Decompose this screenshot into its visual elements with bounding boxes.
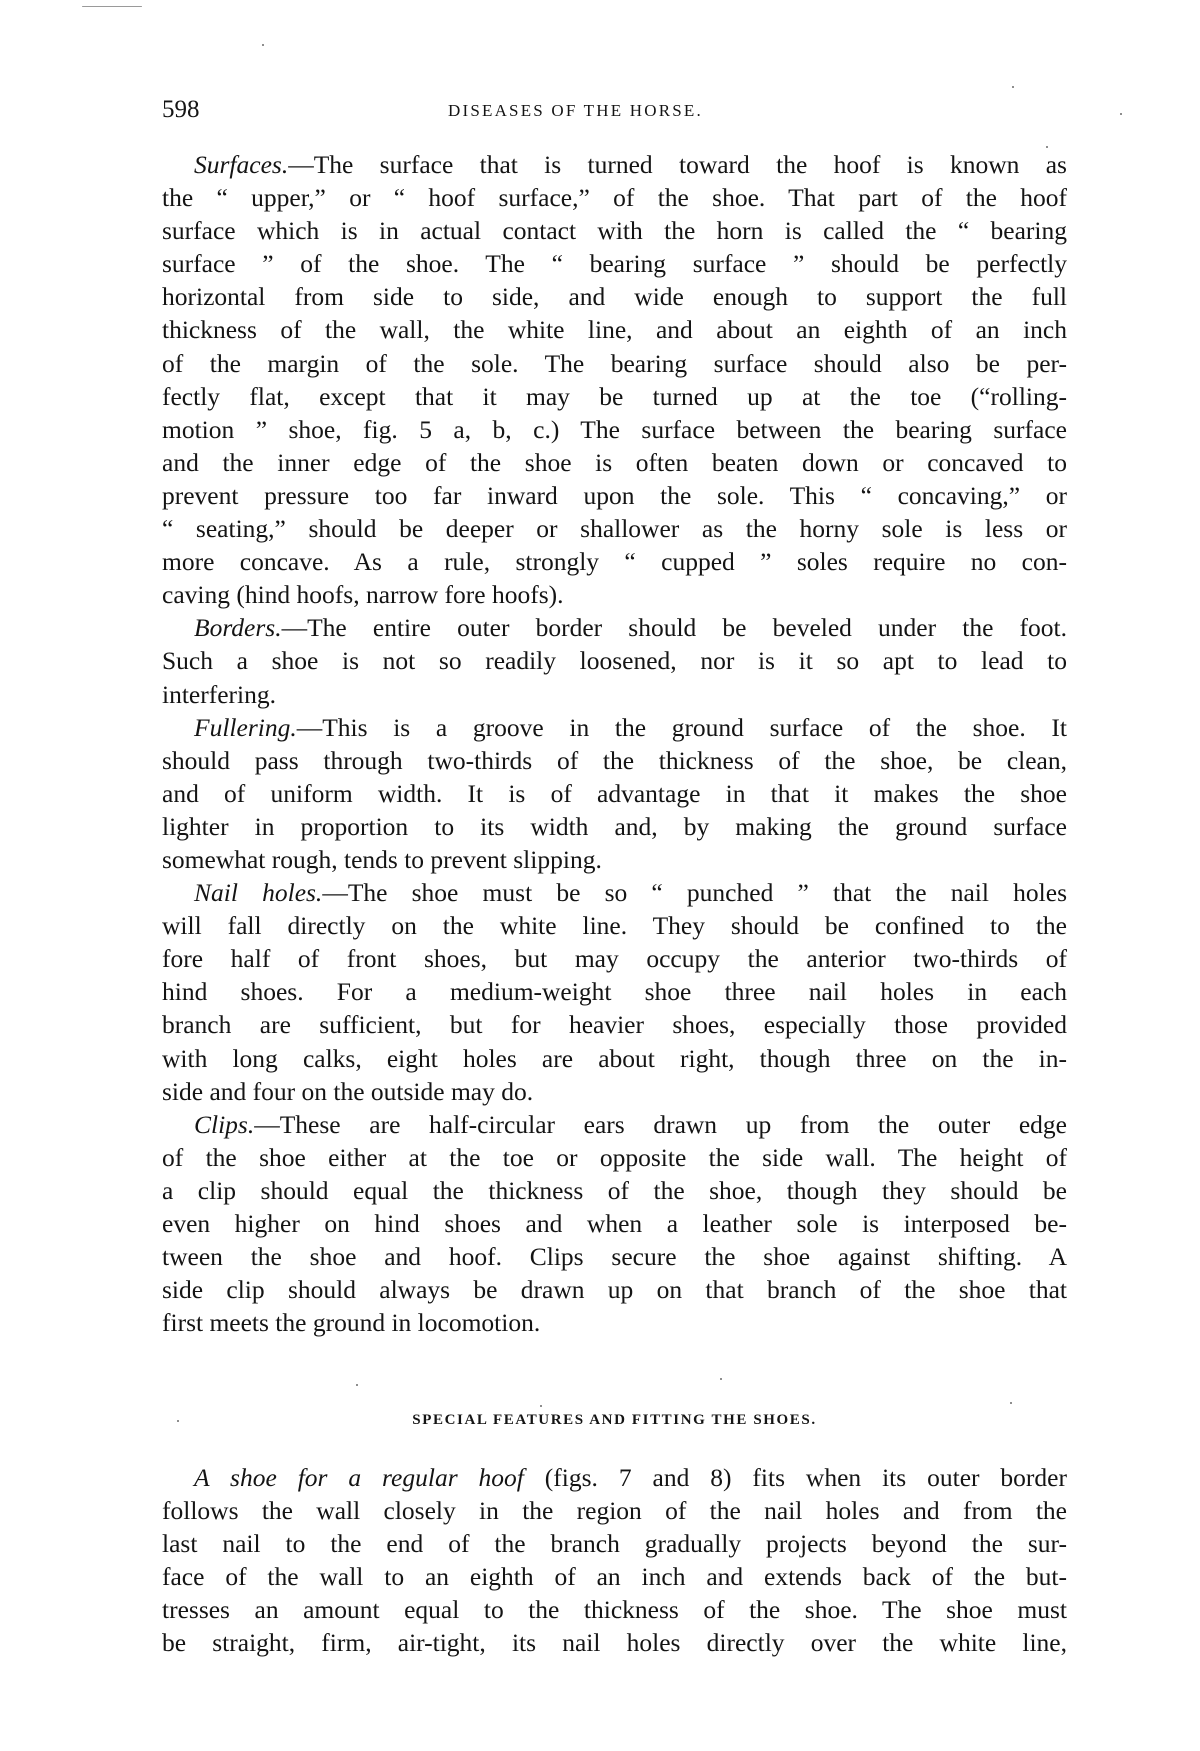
scan-speck — [356, 1384, 358, 1386]
scan-speck — [1012, 86, 1014, 88]
text-line: face of the wall to an eighth of an inch… — [162, 1560, 1067, 1593]
text-line: more concave. As a rule, strongly “ cupp… — [162, 545, 1067, 578]
section-heading: SPECIAL FEATURES AND FITTING THE SHOES. — [162, 1408, 1067, 1432]
scan-speck — [720, 1378, 722, 1380]
text-line: branch are sufficient, but for heavier s… — [162, 1008, 1067, 1041]
text-line: surface which is in actual contact with … — [162, 214, 1067, 247]
paragraph-lead: Clips. — [194, 1110, 254, 1139]
text-line: Nail holes.—The shoe must be so “ punche… — [162, 876, 1067, 909]
text-line: hind shoes. For a medium-weight shoe thr… — [162, 975, 1067, 1008]
text-line: and the inner edge of the shoe is often … — [162, 446, 1067, 479]
text-line: A shoe for a regular hoof (figs. 7 and 8… — [162, 1461, 1067, 1494]
text-line: Borders.—The entire outer border should … — [162, 611, 1067, 644]
text-line: of the margin of the sole. The bearing s… — [162, 347, 1067, 380]
text-line: first meets the ground in locomotion. — [162, 1306, 1067, 1339]
text-line: be straight, firm, air-tight, its nail h… — [162, 1626, 1067, 1659]
section-body-text: A shoe for a regular hoof (figs. 7 and 8… — [162, 1461, 1067, 1660]
text-line: fore half of front shoes, but may occupy… — [162, 942, 1067, 975]
text-line: follows the wall closely in the region o… — [162, 1494, 1067, 1527]
paragraph-lead: Fullering. — [194, 713, 297, 742]
running-head: 598 DISEASES OF THE HORSE. — [162, 96, 1067, 124]
text-line: with long calks, eight holes are about r… — [162, 1042, 1067, 1075]
paragraph-lead: A shoe for a regular hoof — [194, 1463, 524, 1492]
text-line: thickness of the wall, the white line, a… — [162, 313, 1067, 346]
paragraph-surfaces: Surfaces.—The surface that is turned tow… — [162, 148, 1067, 611]
text-line: fectly flat, except that it may be turne… — [162, 380, 1067, 413]
text-line: motion ” shoe, fig. 5 a, b, c.) The surf… — [162, 413, 1067, 446]
scan-speck — [1046, 146, 1048, 148]
paragraph-lead: Borders. — [194, 613, 282, 642]
paragraph-regular-hoof: A shoe for a regular hoof (figs. 7 and 8… — [162, 1461, 1067, 1660]
book-page: 598 DISEASES OF THE HORSE. Surfaces.—The… — [0, 0, 1200, 1751]
text-line: Surfaces.—The surface that is turned tow… — [162, 148, 1067, 181]
text-line: surface ” of the shoe. The “ bearing sur… — [162, 247, 1067, 280]
scan-speck — [1010, 1402, 1012, 1404]
text-line: even higher on hind shoes and when a lea… — [162, 1207, 1067, 1240]
scan-speck — [262, 44, 264, 46]
text-line: side and four on the outside may do. — [162, 1075, 1067, 1108]
text-line: lighter in proportion to its width and, … — [162, 810, 1067, 843]
scan-speck — [177, 1420, 179, 1422]
text-line: of the shoe either at the toe or opposit… — [162, 1141, 1067, 1174]
scan-speck — [1120, 113, 1122, 115]
paragraph-lead: Nail holes. — [194, 878, 322, 907]
text-line: somewhat rough, tends to prevent slippin… — [162, 843, 1067, 876]
paragraph-clips: Clips.—These are half-circular ears draw… — [162, 1108, 1067, 1340]
text-line: tween the shoe and hoof. Clips secure th… — [162, 1240, 1067, 1273]
text-line: interfering. — [162, 678, 1067, 711]
paragraph-borders: Borders.—The entire outer border should … — [162, 611, 1067, 710]
text-line: “ seating,” should be deeper or shallowe… — [162, 512, 1067, 545]
text-line: side clip should always be drawn up on t… — [162, 1273, 1067, 1306]
text-line: last nail to the end of the branch gradu… — [162, 1527, 1067, 1560]
text-line: a clip should equal the thickness of the… — [162, 1174, 1067, 1207]
scan-speck — [540, 1405, 542, 1407]
text-line: the “ upper,” or “ hoof surface,” of the… — [162, 181, 1067, 214]
text-line: Clips.—These are half-circular ears draw… — [162, 1108, 1067, 1141]
text-line: Fullering.—This is a groove in the groun… — [162, 711, 1067, 744]
page-number: 598 — [162, 96, 200, 124]
running-title: DISEASES OF THE HORSE. — [448, 99, 703, 123]
text-line: should pass through two-thirds of the th… — [162, 744, 1067, 777]
text-line: caving (hind hoofs, narrow fore hoofs). — [162, 578, 1067, 611]
text-line: tresses an amount equal to the thickness… — [162, 1593, 1067, 1626]
text-line: prevent pressure too far inward upon the… — [162, 479, 1067, 512]
text-line: and of uniform width. It is of advantage… — [162, 777, 1067, 810]
body-text: Surfaces.—The surface that is turned tow… — [162, 148, 1067, 1339]
paragraph-lead: Surfaces. — [194, 150, 288, 179]
scan-speck — [82, 6, 142, 7]
paragraph-nail-holes: Nail holes.—The shoe must be so “ punche… — [162, 876, 1067, 1108]
text-line: Such a shoe is not so readily loosened, … — [162, 644, 1067, 677]
paragraph-fullering: Fullering.—This is a groove in the groun… — [162, 711, 1067, 876]
text-line: horizontal from side to side, and wide e… — [162, 280, 1067, 313]
text-line: will fall directly on the white line. Th… — [162, 909, 1067, 942]
